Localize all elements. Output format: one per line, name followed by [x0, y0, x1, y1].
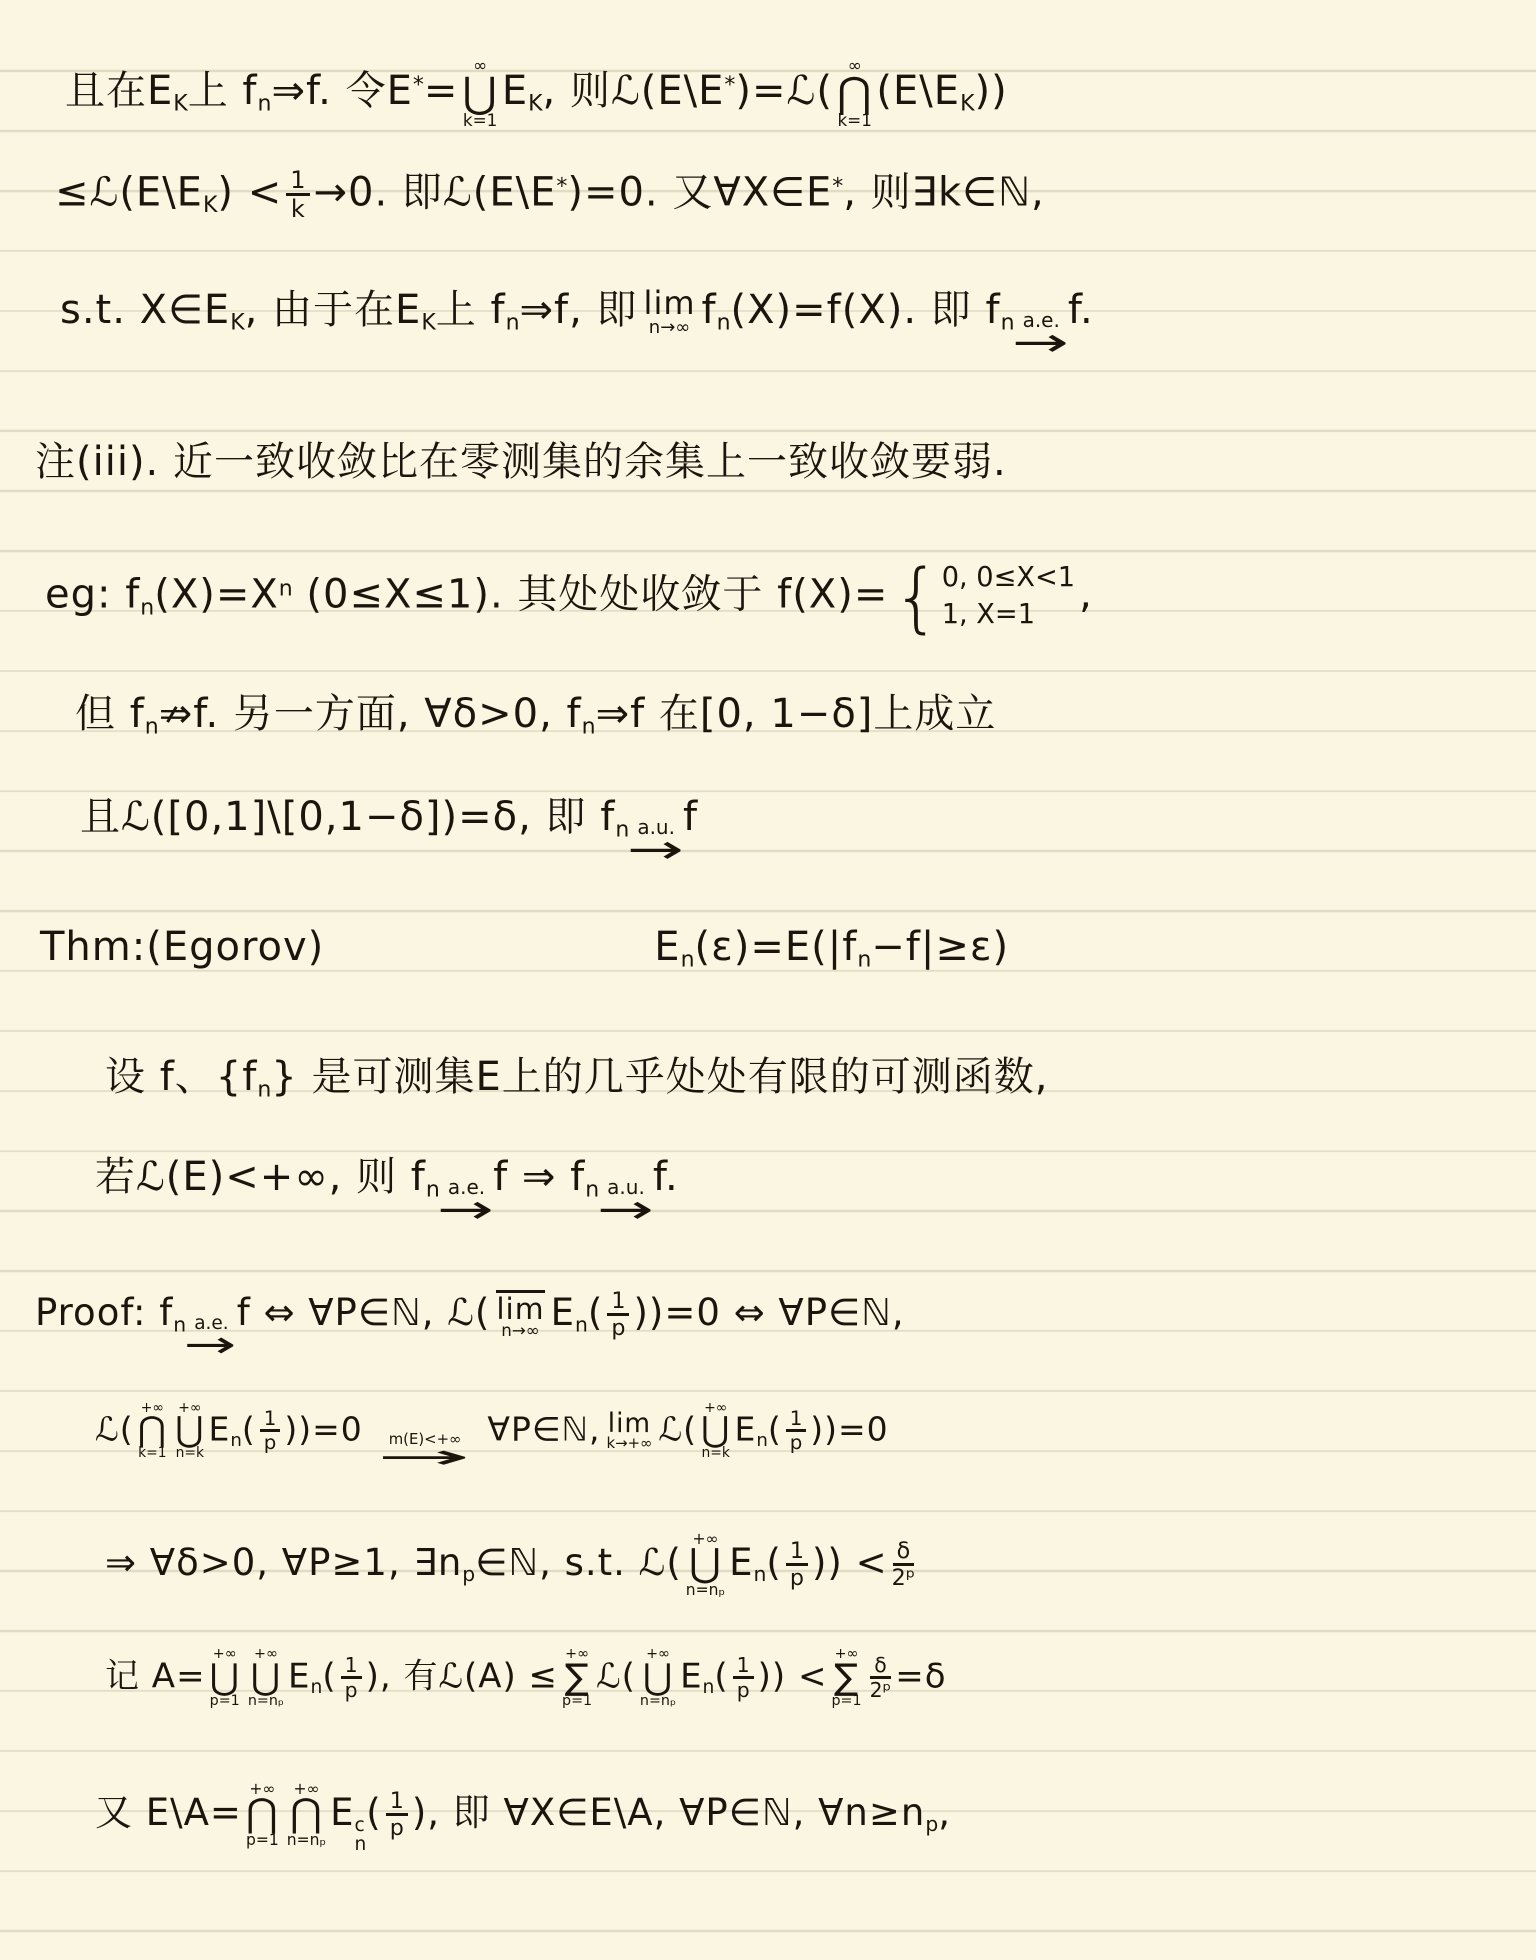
- subscript: n: [703, 1677, 715, 1698]
- text-run: 设 f、{f: [105, 1054, 257, 1100]
- text-run: ))=0 ⇔ ∀P∈ℕ,: [633, 1291, 904, 1334]
- text-run: (: [322, 1656, 336, 1696]
- labeled-arrow: a.u.→: [637, 820, 675, 865]
- superscript: *: [556, 174, 567, 199]
- text-run: 又 E\A=: [95, 1791, 242, 1834]
- text-run: (: [768, 1409, 782, 1448]
- text-run: (X)=f(X). 即 f: [731, 287, 1001, 333]
- text-run: E: [330, 1791, 354, 1834]
- labeled-arrow: a.e.→: [1023, 313, 1060, 358]
- subscript: n: [258, 92, 272, 117]
- subscript: n: [230, 1430, 242, 1451]
- text-run: , 由于在E: [245, 287, 422, 333]
- text-run: (: [714, 1656, 728, 1696]
- subscript: n: [754, 1562, 767, 1586]
- limit-operator: limn→∞: [644, 288, 696, 335]
- note-line: eg: fn(X)=Xn (0≤X≤1). 其处处收敛于 f(X)={0, 0≤…: [45, 560, 1093, 633]
- big-operator: +∞⋂p=1: [246, 1782, 279, 1847]
- note-line: Thm:(Egorov)En(ε)=E(|fn−f|≥ε): [40, 925, 1009, 973]
- text-run: ℒ(: [658, 1409, 697, 1448]
- big-operator: +∞⋃n=nₚ: [640, 1648, 676, 1708]
- fraction: δ2ᵖ: [870, 1655, 892, 1701]
- notebook-page: 且在EK上 fn⇒f. 令E*=∞⋃k=1EK, 则ℒ(E\E*)=ℒ(∞⋂k=…: [0, 0, 1536, 1960]
- text-run: ∈ℕ, s.t. ℒ(: [475, 1541, 682, 1584]
- subscript: n: [681, 948, 695, 973]
- text-run: , 则∃k∈ℕ,: [843, 170, 1044, 216]
- subscript: n: [582, 715, 596, 740]
- subscript: n: [857, 948, 871, 973]
- text-run: ), 有ℒ(A) ≤: [366, 1656, 558, 1696]
- text-run: f ⇔ ∀P∈ℕ, ℒ(: [237, 1291, 491, 1334]
- text-run: ) <: [217, 170, 282, 216]
- labeled-arrow: a.e.→: [194, 1317, 228, 1359]
- text-run: E: [288, 1656, 310, 1696]
- text-run: , 则ℒ(E\E: [543, 68, 725, 114]
- text-run: (: [366, 1791, 381, 1834]
- text-run: E: [729, 1541, 753, 1584]
- text-run: ,: [938, 1791, 951, 1834]
- text-run: 上 f: [436, 287, 506, 333]
- text-run: eg: f: [45, 572, 140, 618]
- text-run: )): [975, 68, 1008, 114]
- text-run: E: [654, 924, 680, 970]
- note-line: 且ℒ([0,1]\[0,1−δ])=δ, 即 fna.u.→f: [80, 795, 698, 865]
- text-run: )=0. 又∀X∈E: [567, 170, 832, 216]
- text-run: ⇒f 在[0, 1−δ]上成立: [596, 691, 997, 737]
- text-run: ), 即 ∀X∈E\A, ∀P∈ℕ, ∀n≥n: [412, 1791, 926, 1834]
- text-run: 但 f: [75, 691, 145, 737]
- limit-operator: limn→∞: [496, 1290, 544, 1339]
- text-run: E: [502, 68, 528, 114]
- superscript: *: [832, 174, 843, 199]
- text-run: (ε)=E(|f: [695, 924, 858, 970]
- note-line: ⇒ ∀δ>0, ∀P≥1, ∃np∈ℕ, s.t. ℒ(+∞⋃n=nₚEn(1p…: [105, 1532, 919, 1597]
- subscript: n: [756, 1430, 768, 1451]
- text-run: 且ℒ([0,1]\[0,1−δ])=δ, 即 f: [80, 794, 615, 840]
- text-run: (0≤X≤1). 其处处收敛于 f(X)=: [293, 572, 889, 618]
- text-run: Proof: f: [35, 1291, 173, 1334]
- fraction: 1k: [286, 168, 309, 221]
- labeled-arrow: a.u.→: [607, 1180, 645, 1225]
- superscript: n: [279, 577, 293, 602]
- subscript: n: [717, 311, 731, 336]
- text-run: 且在E: [65, 68, 173, 114]
- note-line: 记 A=+∞⋃p=1+∞⋃n=nₚEn(1p), 有ℒ(A) ≤+∞∑p=1ℒ(…: [105, 1648, 947, 1708]
- text-run: )) <: [812, 1541, 888, 1584]
- subscript: n: [257, 1078, 271, 1103]
- text-run: ≤ℒ(E\E: [55, 170, 203, 216]
- subscript: K: [421, 311, 435, 336]
- text-run: ,: [1079, 572, 1093, 618]
- text-run: ⇒f, 即: [520, 287, 638, 333]
- note-line: s.t. X∈EK, 由于在EK上 fn⇒f, 即limn→∞fn(X)=f(X…: [60, 288, 1094, 358]
- note-line: ℒ(+∞⋂k=1+∞⋃n=kEn(1p))=0m(E)<+∞→∀P∈ℕ,limk…: [95, 1402, 889, 1470]
- fraction: 1p: [260, 1409, 281, 1454]
- text-run: f ⇒ f: [493, 1154, 585, 1200]
- text-run: )) <: [758, 1656, 828, 1696]
- text-run: f: [702, 287, 717, 333]
- fraction: δ2ᵖ: [892, 1540, 916, 1589]
- big-operator: +∞⋃p=1: [210, 1648, 240, 1708]
- big-operator: +∞⋃n=k: [175, 1402, 204, 1460]
- text-run: ))=0: [284, 1409, 362, 1448]
- text-run: E: [680, 1656, 702, 1696]
- text-run: =δ: [895, 1656, 946, 1696]
- fraction: 1p: [786, 1409, 807, 1454]
- text-run: } 是可测集E上的几乎处处有限的可测函数,: [271, 1054, 1048, 1100]
- big-operator: +∞∑p=1: [831, 1648, 861, 1708]
- subscript: K: [230, 311, 244, 336]
- text-run: 若ℒ(E)<+∞, 则 f: [95, 1154, 426, 1200]
- text-run: →0. 即ℒ(E\E: [314, 170, 557, 216]
- case-row: 1, X=1: [942, 597, 1075, 634]
- note-line: Proof: fna.e.→f ⇔ ∀P∈ℕ, ℒ(limn→∞En(1p))=…: [35, 1290, 905, 1359]
- subscript: K: [173, 92, 187, 117]
- big-operator: ∞⋃k=1: [462, 58, 497, 128]
- limit-operator: limk→+∞: [607, 1411, 653, 1450]
- text-run: E: [551, 1291, 575, 1334]
- note-line: 注(iii). 近一致收敛比在零测集的余集上一致收敛要弱.: [35, 440, 1007, 484]
- fraction: 1p: [386, 1790, 408, 1839]
- text-run: s.t. X∈E: [60, 287, 230, 333]
- note-line: ≤ℒ(E\EK) <1k→0. 即ℒ(E\E*)=0. 又∀X∈E*, 则∃k∈…: [55, 168, 1045, 221]
- note-line: 又 E\A=+∞⋂p=1+∞⋂n=nₚEcn(1p), 即 ∀X∈E\A, ∀P…: [95, 1782, 951, 1854]
- text-run: 记 A=: [105, 1656, 206, 1696]
- note-line: 且在EK上 fn⇒f. 令E*=∞⋃k=1EK, 则ℒ(E\E*)=ℒ(∞⋂k=…: [65, 58, 1008, 128]
- text-run: f.: [653, 1154, 679, 1200]
- subscript: n: [575, 1312, 588, 1336]
- sub-superscript: cn: [355, 1817, 367, 1854]
- subscript: K: [960, 92, 974, 117]
- big-operator: ∞⋂k=1: [837, 58, 872, 128]
- text-run: (: [766, 1541, 781, 1584]
- text-run: (: [588, 1291, 603, 1334]
- fraction: 1p: [786, 1540, 808, 1589]
- fraction: 1p: [341, 1655, 362, 1701]
- big-operator: +∞⋃n=k: [701, 1402, 730, 1460]
- text-run: ))=0: [810, 1409, 888, 1448]
- text-run: (X)=X: [154, 572, 279, 618]
- superscript: *: [413, 73, 424, 98]
- subscript: n: [140, 595, 154, 620]
- fraction: 1p: [733, 1655, 754, 1701]
- text-run: E: [734, 1409, 756, 1448]
- fraction: 1p: [607, 1290, 629, 1339]
- subscript: n: [145, 715, 159, 740]
- text-run: −f|≥ε): [871, 924, 1009, 970]
- text-run: ⇒f. 令E: [271, 68, 412, 114]
- labeled-arrow: a.e.→: [448, 1180, 485, 1225]
- piecewise-cases: {0, 0≤X<11, X=1: [892, 560, 1075, 633]
- big-operator: +∞⋂k=1: [138, 1402, 167, 1460]
- big-operator: +∞∑p=1: [562, 1648, 592, 1708]
- big-operator: +∞⋂n=nₚ: [287, 1782, 326, 1847]
- big-operator: +∞⋃n=nₚ: [248, 1648, 284, 1708]
- text-run: 注(iii). 近一致收敛比在零测集的余集上一致收敛要弱.: [35, 439, 1007, 485]
- superscript: *: [724, 73, 735, 98]
- text-run: (: [242, 1409, 256, 1448]
- subscript: n: [506, 311, 520, 336]
- text-run: ℒ(: [596, 1656, 636, 1696]
- big-operator: +∞⋃n=nₚ: [686, 1532, 725, 1597]
- text-run: f.: [1068, 287, 1094, 333]
- text-run: ⇏f. 另一方面, ∀δ>0, f: [159, 691, 582, 737]
- note-line: 但 fn⇏f. 另一方面, ∀δ>0, fn⇒f 在[0, 1−δ]上成立: [75, 692, 996, 740]
- text-run: ⇒ ∀δ>0, ∀P≥1, ∃n: [105, 1541, 462, 1584]
- text-run: ℒ(: [95, 1409, 134, 1448]
- text-run: ∀P∈ℕ,: [487, 1409, 600, 1448]
- text-run: =: [424, 68, 459, 114]
- note-line: 若ℒ(E)<+∞, 则 fna.e.→f ⇒ fna.u.→f.: [95, 1155, 679, 1225]
- subscript: p: [925, 1812, 938, 1836]
- text-run: E: [209, 1409, 231, 1448]
- text-run: 上 f: [188, 68, 258, 114]
- text-run: )=ℒ(: [735, 68, 833, 114]
- text-run: Thm:(Egorov): [40, 924, 324, 970]
- text-run: (E\E: [876, 68, 960, 114]
- note-line: 设 f、{fn} 是可测集E上的几乎处处有限的可测函数,: [105, 1055, 1048, 1103]
- case-row: 0, 0≤X<1: [942, 560, 1075, 597]
- subscript: K: [528, 92, 542, 117]
- subscript: n: [310, 1677, 322, 1698]
- subscript: p: [462, 1562, 475, 1586]
- labeled-arrow: m(E)<+∞→: [377, 1434, 474, 1470]
- subscript: K: [203, 193, 217, 218]
